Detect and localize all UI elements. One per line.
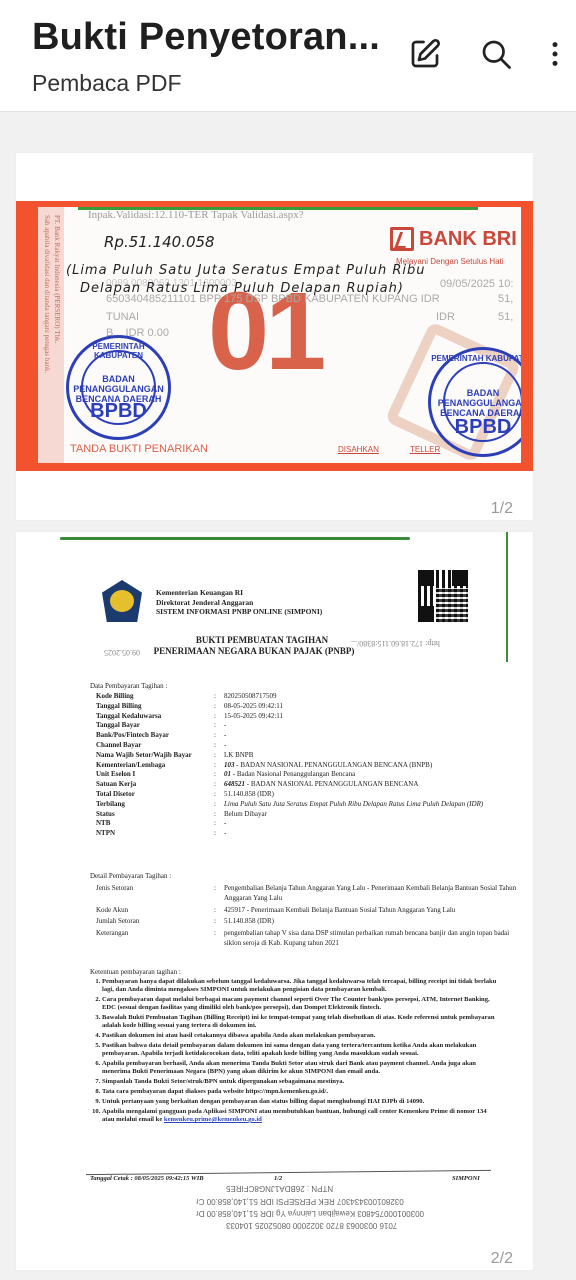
edit-button[interactable] <box>405 34 445 74</box>
field-value: 08-05-2025 09:42:11 <box>224 702 524 712</box>
table-row: Terbilang:Lima Puluh Satu Juta Seratus E… <box>96 800 524 810</box>
table-row: Total Disetor:51.140.858 (IDR) <box>96 790 524 800</box>
field-label: Jumlah Setoran <box>96 917 214 927</box>
page-number-1: 1/2 <box>491 500 513 518</box>
term-item: Pembayaran hanya dapat dilakukan sebelum… <box>102 978 500 995</box>
field-value: - <box>224 829 524 839</box>
field-value: 425917 - Penerimaan Kembali Belanja Bant… <box>224 906 524 916</box>
printed-method: TUNAI <box>106 311 139 323</box>
mirrored-url: http: 172.18.60.115:8380/... <box>351 639 440 648</box>
term-item: Apabila pembayaran berhasil, Anda akan m… <box>102 1060 500 1077</box>
field-value: 51.140.858 (IDR) <box>224 790 524 800</box>
field-value: 103 - BADAN NASIONAL PENANGGULANGAN BENC… <box>224 761 524 771</box>
field-label: Bank/Pos/Fintech Bayar <box>96 731 214 741</box>
payment-terms: Pembayaran hanya dapat dilakukan sebelum… <box>90 978 500 1126</box>
term-item: Tata cara pembayaran dapat diakses pada … <box>102 1088 500 1096</box>
field-value: LK BNPB <box>224 751 524 761</box>
field-label: Kode Billing <box>96 692 214 702</box>
table-row: NTPN:- <box>96 829 524 839</box>
field-label: NTB <box>96 819 214 829</box>
field-value: Belum Dibayar <box>224 810 524 820</box>
field-value: - <box>224 819 524 829</box>
table-row: Tanggal Bayar:- <box>96 721 524 731</box>
printed-date: 09/05/2025 10: <box>440 278 513 290</box>
validation-line-3: 003001000754803 Kewajiban Lainnya Yg IDR… <box>196 1209 424 1218</box>
validation-line-2: 032801003434307 REK PERSEPSI IDR 51,140,… <box>196 1197 404 1206</box>
kemenkeu-logo-icon <box>102 580 142 622</box>
more-options-icon <box>540 36 570 72</box>
field-label: Kementerian/Lembaga <box>96 761 214 771</box>
field-label: Unit Eselon I <box>96 770 214 780</box>
billing-detail-table: Jenis Setoran:Pengembalian Belanja Tahun… <box>96 884 524 951</box>
more-options-button[interactable] <box>540 34 570 74</box>
term-item: Apabila mengalami gangguan pada Aplikasi… <box>102 1108 500 1125</box>
field-value: Lima Puluh Satu Juta Seratus Empat Puluh… <box>224 800 524 810</box>
bri-logo-mark-icon <box>390 227 414 251</box>
email-link[interactable]: kemenkeu.prime@kemenkeu.go.id <box>164 1116 262 1123</box>
table-row: Bank/Pos/Fintech Bayar:- <box>96 731 524 741</box>
field-value: pengembalian tahap V sisa dana DSP stimu… <box>224 929 524 949</box>
bank-bri-logo: BANK BRI <box>390 227 517 251</box>
official-stamp-left: PEMERINTAH KABUPATEN BADAN PENANGGULANGA… <box>66 335 171 440</box>
table-row: NTB:- <box>96 819 524 829</box>
field-value: - <box>224 741 524 751</box>
table-row: Status:Belum Dibayar <box>96 810 524 820</box>
print-date: Tanggal Cetak : 08/05/2025 09:42:15 WIB <box>90 1175 204 1182</box>
qr-code-icon <box>418 570 468 622</box>
edit-icon <box>407 36 443 72</box>
table-row: Keterangan:pengembalian tahap V sisa dan… <box>96 929 524 949</box>
data-section-header: Data Pembayaran Tagihan : <box>90 682 167 690</box>
billing-data-table: Kode Billing:820250508717509Tanggal Bill… <box>96 692 524 839</box>
receipt-body: PT. Bank Rakyat Indonesia (PERSERO) Tbk.… <box>38 207 521 463</box>
field-label: Channel Bayar <box>96 741 214 751</box>
app-subtitle: Pembaca PDF <box>32 70 182 97</box>
receipt-type-label: TANDA BUKTI PENARIKAN <box>70 443 208 455</box>
print-brand: SIMPONI <box>452 1175 480 1182</box>
term-item: Simpanlah Tanda Bukti Setor/struk/BPN un… <box>102 1078 500 1086</box>
table-row: Kementerian/Lembaga:103 - BADAN NASIONAL… <box>96 761 524 771</box>
field-label: Tanggal Kedaluwarsa <box>96 712 214 722</box>
handwritten-words-line-1: (Lima Puluh Satu Juta Seratus Empat Pulu… <box>66 263 426 278</box>
field-value: - <box>224 731 524 741</box>
table-row: Tanggal Kedaluwarsa:15-05-2025 09:42:11 <box>96 712 524 722</box>
receipt-approved-label: DISAHKAN <box>338 445 379 454</box>
scan-edge-line <box>60 537 410 540</box>
handwritten-amount: Rp.51.140.058 <box>104 233 215 251</box>
table-row: Unit Eselon I:01 - Badan Nasional Penang… <box>96 770 524 780</box>
validation-line-1: NTPN : 26BDA1JNG8CFIRE5 <box>226 1184 333 1193</box>
table-row: Jumlah Setoran:51.140.858 (IDR) <box>96 917 524 927</box>
table-row: Jenis Setoran:Pengembalian Belanja Tahun… <box>96 884 524 904</box>
app-bar: Bukti Penyetoran... Pembaca PDF <box>0 0 576 112</box>
table-row: Nama Wajib Setor/Wajib Bayar:LK BNPB <box>96 751 524 761</box>
term-item: Pastikan dokumen ini atau hasil cetakann… <box>102 1032 500 1040</box>
table-row: Kode Akun:425917 - Penerimaan Kembali Be… <box>96 906 524 916</box>
print-page: 1/2 <box>274 1175 282 1182</box>
printed-currency-2: IDR <box>436 311 455 323</box>
field-label: Satuan Kerja <box>96 780 214 790</box>
faint-validation-header: Inpak.Validasi:12.110-TER Tapak Validasi… <box>88 209 304 221</box>
org-header: Kementerian Keuangan RI Direktorat Jende… <box>156 588 322 617</box>
handwritten-words-line-2: Delapan Ratus Lima Puluh Delapan Rupiah) <box>80 281 404 296</box>
field-label: Total Disetor <box>96 790 214 800</box>
receipt-teller-label: TELLER <box>410 445 440 454</box>
field-label: Keterangan <box>96 929 214 949</box>
table-row: Channel Bayar:- <box>96 741 524 751</box>
term-item: Bawalah Bukti Pembuatan Tagihan (Billing… <box>102 1014 500 1031</box>
pdf-page-2[interactable]: Kementerian Keuangan RI Direktorat Jende… <box>16 532 533 1270</box>
detail-section-header: Detail Pembayaran Tagihan : <box>90 872 171 880</box>
field-value: Pengembalian Belanja Tahun Anggaran Yang… <box>224 884 524 904</box>
field-value: 15-05-2025 09:42:11 <box>224 712 524 722</box>
field-label: NTPN <box>96 829 214 839</box>
table-row: Satuan Kerja:648521 - BADAN NASIONAL PEN… <box>96 780 524 790</box>
term-item: Untuk pertanyaan yang berkaitan dengan p… <box>102 1098 500 1106</box>
mirrored-date: 09.05.2025 <box>104 648 140 657</box>
document-title: Bukti Penyetoran... <box>32 16 380 59</box>
bri-withdrawal-receipt: PT. Bank Rakyat Indonesia (PERSERO) Tbk.… <box>16 201 533 471</box>
receipt-side-note: PT. Bank Rakyat Indonesia (PERSERO) Tbk.… <box>40 215 62 455</box>
printed-amount-1: 51, <box>498 293 513 305</box>
field-value: 51.140.858 (IDR) <box>224 917 524 927</box>
field-label: Tanggal Bayar <box>96 721 214 731</box>
validation-line-4: 7016 0030063 8720 3022000 08052025 10403… <box>226 1221 397 1230</box>
field-label: Kode Akun <box>96 906 214 916</box>
bank-tagline: Melayani Dengan Setulus Hati <box>396 257 504 266</box>
receipt-side-strip: PT. Bank Rakyat Indonesia (PERSERO) Tbk.… <box>38 207 64 463</box>
field-value: 820250508717509 <box>224 692 524 702</box>
field-label: Jenis Setoran <box>96 884 214 904</box>
field-label: Status <box>96 810 214 820</box>
field-value: 648521 - BADAN NASIONAL PENANGGULANGAN B… <box>224 780 524 790</box>
page-number-2: 2/2 <box>491 1250 513 1268</box>
field-label: Nama Wajib Setor/Wajib Bayar <box>96 751 214 761</box>
term-item: Cara pembayaran dapat melalui berbagai m… <box>102 996 500 1013</box>
pdf-page-1[interactable]: PT. Bank Rakyat Indonesia (PERSERO) Tbk.… <box>16 153 533 520</box>
field-value: - <box>224 721 524 731</box>
term-item: Pastikan bahwa data detail pembayaran da… <box>102 1042 500 1059</box>
terms-section-header: Ketentuan pembayaran tagihan : <box>90 968 181 976</box>
search-icon <box>478 36 514 72</box>
table-row: Kode Billing:820250508717509 <box>96 692 524 702</box>
field-label: Terbilang <box>96 800 214 810</box>
field-label: Tanggal Billing <box>96 702 214 712</box>
field-value: 01 - Badan Nasional Penanggulangan Benca… <box>224 770 524 780</box>
printed-amount-2: 51, <box>498 311 513 323</box>
search-button[interactable] <box>476 34 516 74</box>
table-row: Tanggal Billing:08-05-2025 09:42:11 <box>96 702 524 712</box>
